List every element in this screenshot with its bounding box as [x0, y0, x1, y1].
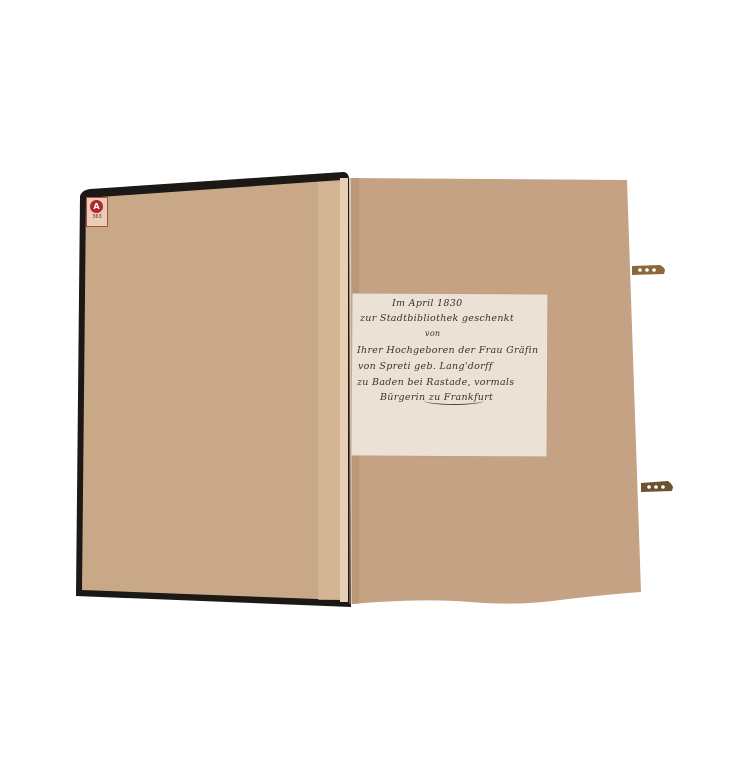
- card-line: von Spreti geb. Lang'dorff: [358, 361, 493, 372]
- clasp-bottom: [641, 481, 673, 492]
- card-line: von: [425, 329, 440, 338]
- clasp-top: [632, 265, 665, 275]
- card-line: zur Stadtbibliothek geschenkt: [360, 313, 514, 324]
- stamp-number: 363: [88, 214, 106, 220]
- stamp-emblem: A: [90, 200, 103, 213]
- endpaper-left: [82, 180, 344, 600]
- library-stamp: A 363: [86, 197, 108, 227]
- card-line: Ihrer Hochgeboren der Frau Gräfin: [357, 345, 538, 356]
- card-line: Im April 1830: [392, 298, 462, 309]
- card-line: zu Baden bei Rastade, vormals: [357, 377, 514, 388]
- signature-flourish: [424, 396, 484, 405]
- photo-scene: A 363 Im April 1830 zur Stadtbibliothek …: [0, 0, 750, 780]
